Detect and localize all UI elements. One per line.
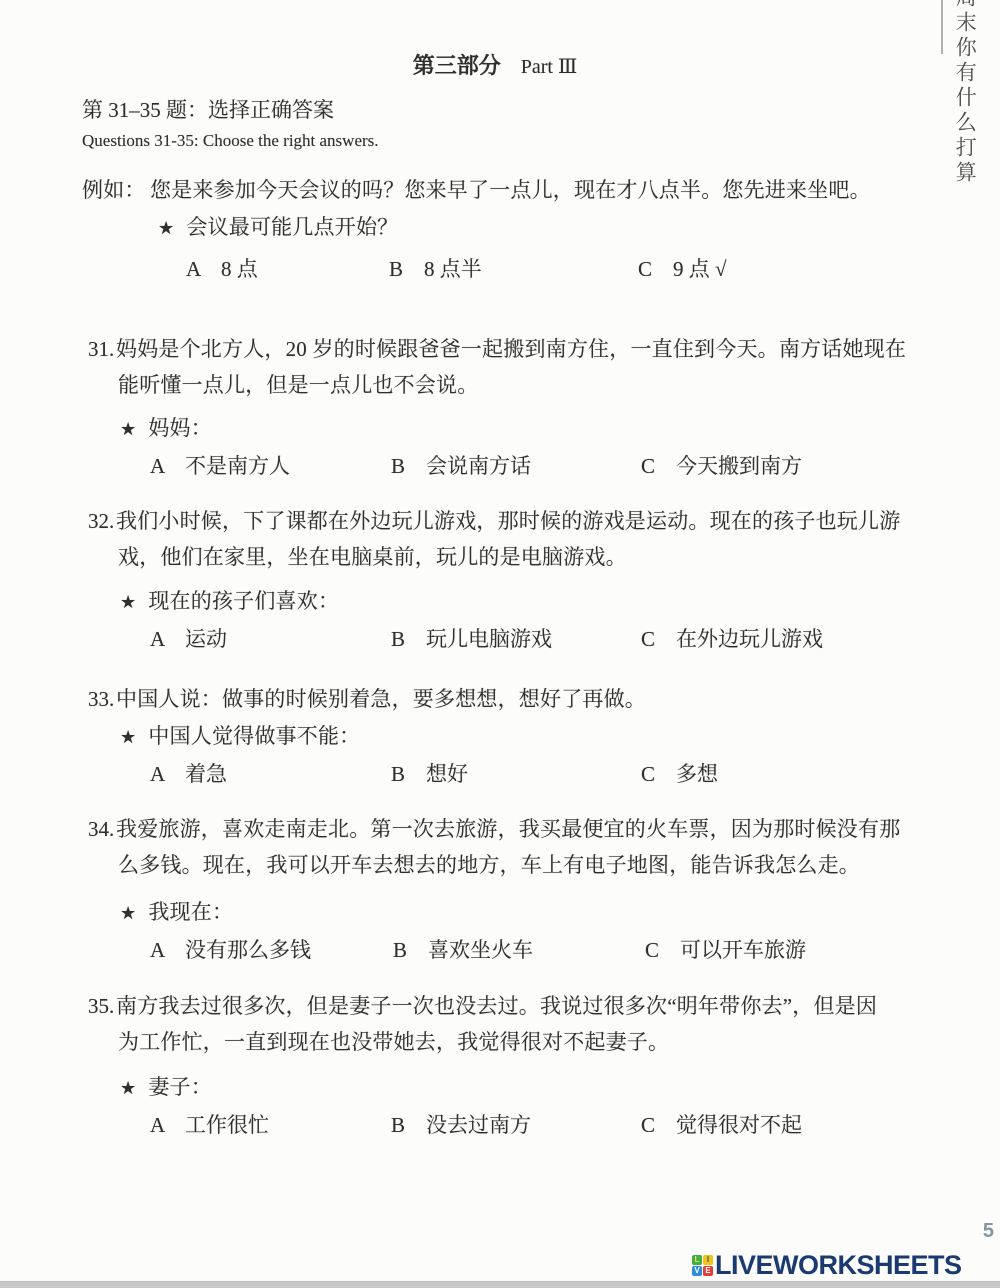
example-option-b[interactable]: B8 点半: [389, 256, 482, 282]
passage-line: 戏，他们在家里，坐在电脑桌前，玩儿的是电脑游戏。: [118, 544, 627, 570]
star-icon: ★: [158, 218, 174, 238]
logo-block-v: V: [692, 1266, 702, 1276]
options-row: A没有那么多钱 B喜欢坐火车 C可以开车旅游: [0, 937, 1000, 963]
scan-edge-line: [941, 0, 943, 54]
question-prompt: ★妻子：: [120, 1074, 212, 1100]
example-prompt: ★会议最可能几点开始？: [158, 214, 398, 240]
example-passage: 您是来参加今天会议的吗？您来早了一点儿，现在才八点半。您先进来坐吧。: [150, 177, 871, 203]
liveworksheets-wordmark[interactable]: LIVEWORKSHEETS: [715, 1249, 962, 1283]
option-a[interactable]: A着急: [150, 761, 227, 787]
bottom-divider-bar: [0, 1281, 1000, 1288]
question-prompt: ★中国人觉得做事不能：: [120, 723, 360, 749]
options-row: A不是南方人 B会说南方话 C今天搬到南方: [0, 453, 1000, 479]
example-option-c[interactable]: C9 点 √: [638, 256, 727, 282]
option-c[interactable]: C觉得很对不起: [641, 1112, 802, 1138]
section-heading-english: Questions 31-35: Choose the right answer…: [82, 130, 379, 151]
option-c[interactable]: C多想: [641, 761, 718, 787]
question-prompt: ★妈妈：: [120, 415, 212, 441]
part-title-chinese: 第三部分: [413, 53, 501, 78]
star-icon: ★: [120, 1078, 136, 1098]
option-b[interactable]: B玩儿电脑游戏: [391, 626, 552, 652]
option-c[interactable]: C今天搬到南方: [641, 453, 802, 479]
logo-block-i: I: [703, 1255, 713, 1265]
question-number: 32.: [88, 508, 114, 534]
option-a[interactable]: A不是南方人: [150, 453, 290, 479]
part-title: 第三部分Part Ⅲ: [0, 52, 990, 80]
logo-block-e: E: [703, 1266, 713, 1276]
example-label: 例如：: [82, 177, 146, 203]
question-prompt: ★现在的孩子们喜欢：: [120, 588, 339, 614]
passage-line: 我爱旅游，喜欢走南走北。第一次去旅游，我买最便宜的火车票，因为那时候没有那: [116, 816, 900, 842]
options-row: A工作很忙 B没去过南方 C觉得很对不起: [0, 1112, 1000, 1138]
option-a[interactable]: A没有那么多钱: [150, 937, 311, 963]
section-heading-chinese: 第 31–35 题：选择正确答案: [82, 97, 334, 123]
part-title-english: Part Ⅲ: [521, 56, 578, 78]
passage-line: 妈妈是个北方人，20 岁的时候跟爸爸一起搬到南方住，一直住到今天。南方话她现在: [116, 336, 906, 362]
passage-line: 能听懂一点儿，但是一点儿也不会说。: [118, 372, 478, 398]
star-icon: ★: [120, 592, 136, 612]
example-options-row: A8 点 B8 点半 C9 点 √: [0, 256, 1000, 282]
option-c[interactable]: C可以开车旅游: [645, 937, 806, 963]
question-number: 33.: [88, 686, 114, 712]
logo-block-l: L: [692, 1255, 702, 1265]
page-number: 5: [950, 1219, 994, 1244]
question-number: 31.: [88, 336, 114, 362]
option-b[interactable]: B会说南方话: [391, 453, 531, 479]
passage-line: 中国人说：做事的时候别着急，要多想想，想好了再做。: [116, 686, 646, 712]
star-icon: ★: [120, 419, 136, 439]
scanned-worksheet-page: 周末你有什么打算 第三部分Part Ⅲ 第 31–35 题：选择正确答案 Que…: [0, 0, 1000, 1288]
option-a[interactable]: A运动: [150, 626, 227, 652]
liveworksheets-logo-blocks-icon: L I V E: [692, 1255, 713, 1276]
star-icon: ★: [120, 727, 136, 747]
example-prompt-text: 会议最可能几点开始？: [186, 215, 398, 239]
side-margin-vertical-text: 周末你有什么打算: [952, 0, 978, 186]
option-b[interactable]: B喜欢坐火车: [393, 937, 533, 963]
option-a[interactable]: A工作很忙: [150, 1112, 269, 1138]
example-option-a[interactable]: A8 点: [186, 256, 258, 282]
passage-line: 我们小时候，下了课都在外边玩儿游戏，那时候的游戏是运动。现在的孩子也玩儿游: [116, 508, 900, 534]
passage-line: 么多钱。现在，我可以开车去想去的地方，车上有电子地图，能告诉我怎么走。: [118, 852, 860, 878]
question-prompt: ★我现在：: [120, 899, 233, 925]
question-number: 35.: [88, 993, 114, 1019]
question-number: 34.: [88, 816, 114, 842]
passage-line: 南方我去过很多次，但是妻子一次也没去过。我说过很多次“明年带你去”，但是因: [116, 993, 877, 1019]
option-c[interactable]: C在外边玩儿游戏: [641, 626, 823, 652]
passage-line: 为工作忙，一直到现在也没带她去，我觉得很对不起妻子。: [118, 1029, 669, 1055]
star-icon: ★: [120, 903, 136, 923]
options-row: A运动 B玩儿电脑游戏 C在外边玩儿游戏: [0, 626, 1000, 652]
option-b[interactable]: B没去过南方: [391, 1112, 531, 1138]
options-row: A着急 B想好 C多想: [0, 761, 1000, 787]
option-b[interactable]: B想好: [391, 761, 468, 787]
